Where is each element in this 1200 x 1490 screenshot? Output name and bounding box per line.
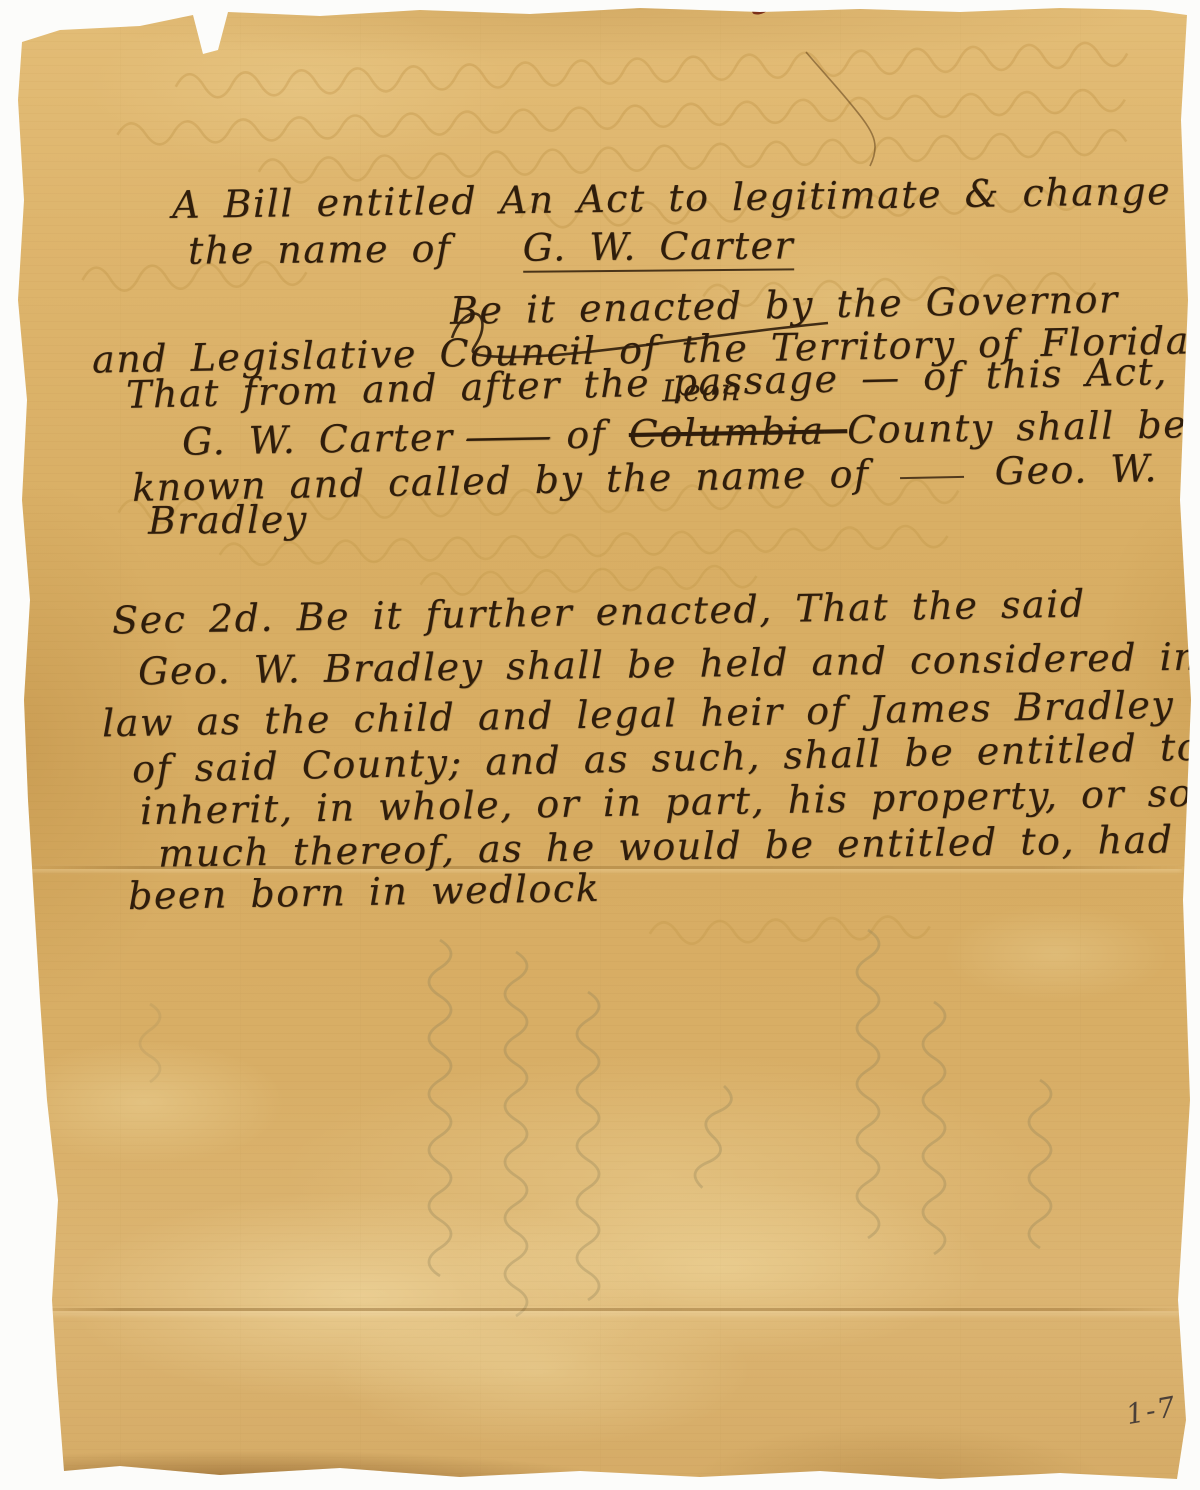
scratch-mark xyxy=(806,52,875,166)
bill-title-line-1: A Bill entitled An Act to legitimate & c… xyxy=(172,171,1172,227)
struck-word-text: Columbia xyxy=(628,409,824,456)
section-2-line-7: been born in wedlock xyxy=(128,868,601,918)
paper-sheet: A Bill entitled An Act to legitimate & c… xyxy=(0,0,1200,1490)
dash-stroke: — xyxy=(462,415,558,458)
struck-word-columbia: Columbia Leon xyxy=(628,408,847,456)
word-of: of xyxy=(566,412,607,457)
fold-crease-lower xyxy=(28,1308,1182,1311)
section-1-line-4: Bradley xyxy=(148,499,308,542)
name-geo-w: Geo. W. xyxy=(994,446,1158,493)
title-line-2-prefix: the name of xyxy=(188,226,452,272)
ink-speck xyxy=(751,4,768,16)
pencil-page-mark: 1-7 xyxy=(1124,1390,1180,1431)
section-1-line-2-rest: County shall be xyxy=(847,402,1188,452)
section-2-line-1: Sec 2d. Be it further enacted, That the … xyxy=(112,584,1086,643)
bill-title-line-2: the name of G. W. Carter xyxy=(188,225,795,272)
flourish-rule xyxy=(900,476,964,479)
name-carter: G. W. Carter xyxy=(182,415,454,464)
inserted-word-leon: Leon xyxy=(662,374,742,408)
name-carter-underlined: G. W. Carter xyxy=(522,223,794,272)
scanned-page: A Bill entitled An Act to legitimate & c… xyxy=(0,0,1200,1490)
